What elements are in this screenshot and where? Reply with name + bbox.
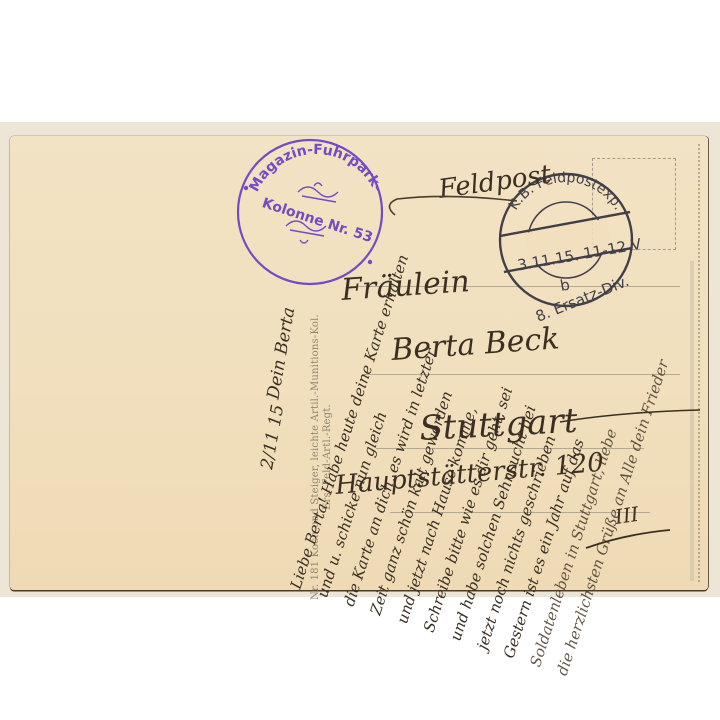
address-line-2 (362, 374, 680, 375)
address-line-3 (376, 448, 644, 449)
address-line-1 (350, 286, 680, 287)
address-line-4 (390, 512, 650, 513)
postcard (10, 136, 708, 590)
stamp-placeholder-box (592, 158, 676, 250)
card-edge (698, 144, 700, 582)
printer-credit: Nr. 181 Koch und Steiger, leichte Artil.… (310, 314, 334, 600)
card-edge-shadow (690, 261, 694, 581)
printer-credit-line-1: Nr. 181 Koch und Steiger, leichte Artil.… (310, 314, 322, 600)
printer-credit-line-2: Ers. Feld-Artl.-Regt. (322, 314, 334, 600)
